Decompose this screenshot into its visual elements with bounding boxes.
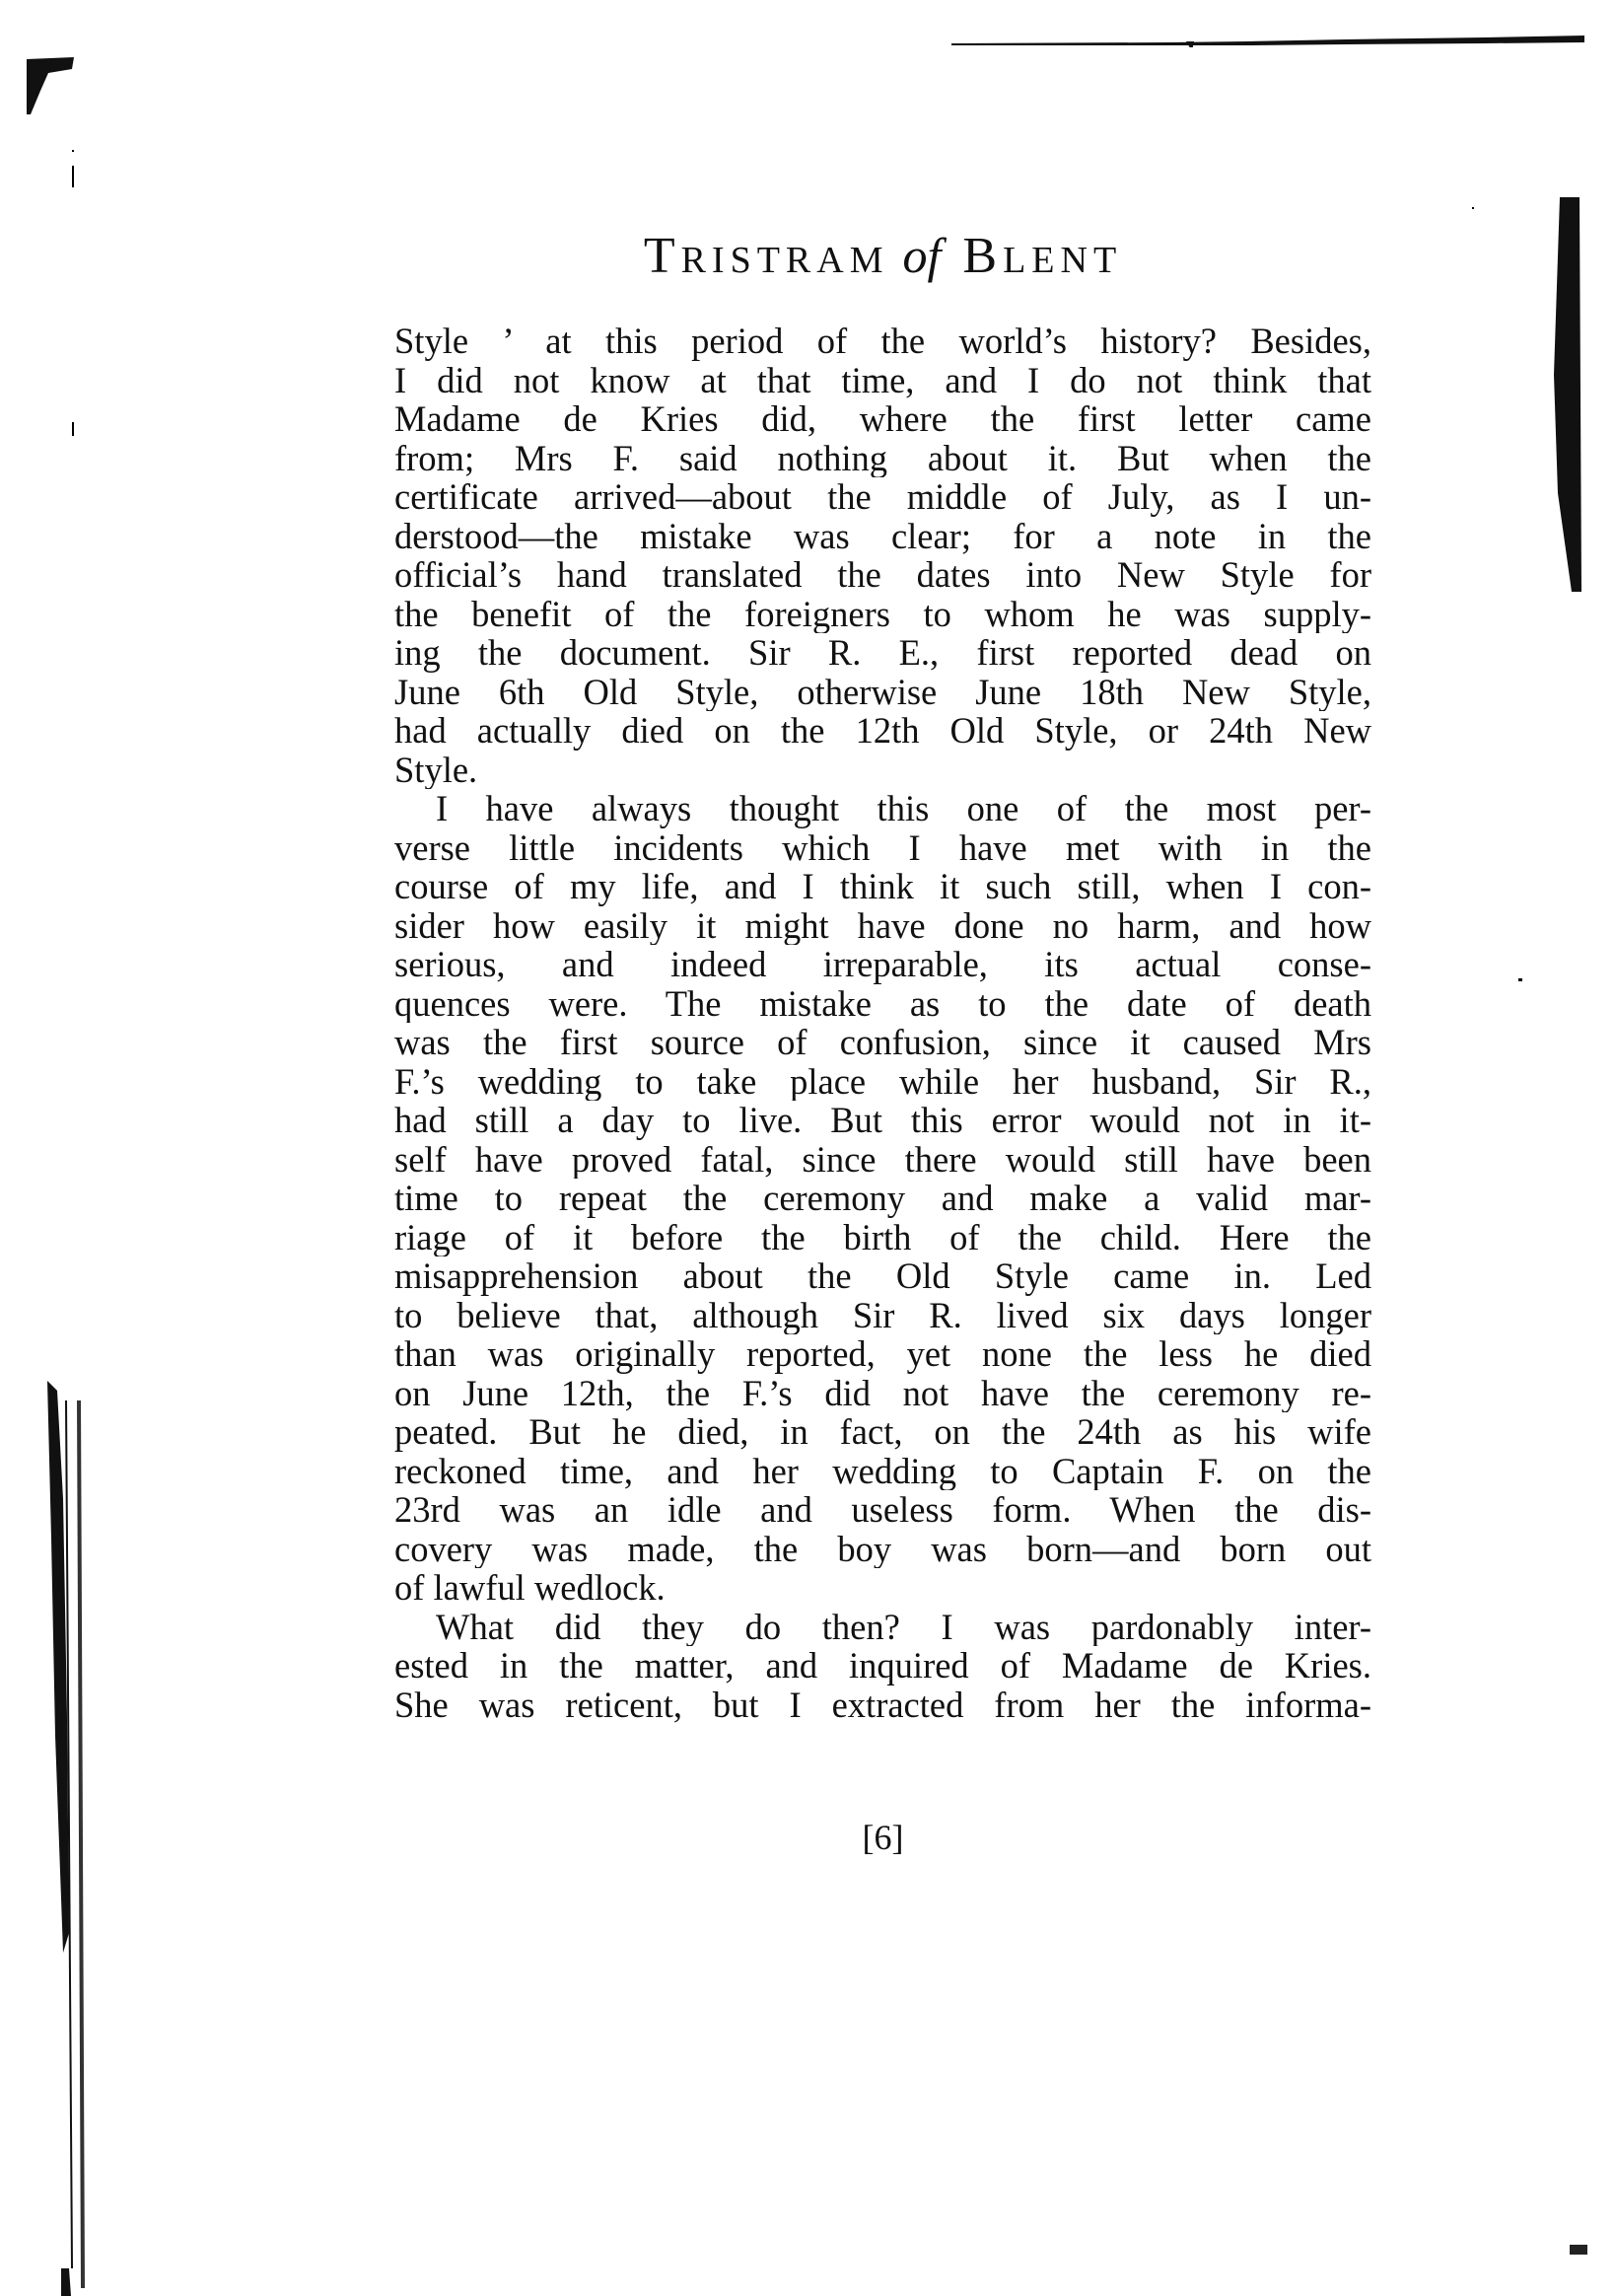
- scan-speck: [1472, 207, 1474, 209]
- title-word-blent: LENT: [1003, 240, 1122, 281]
- text-line: certificate arrived—about the middle of …: [394, 477, 1371, 517]
- body-text: Style ’ at this period of the world’s hi…: [394, 322, 1371, 1724]
- page-corner-mark: [27, 57, 74, 114]
- text-line: She was reticent, but I extracted from h…: [394, 1686, 1371, 1725]
- text-line: F.’s wedding to take place while her hus…: [394, 1062, 1371, 1102]
- text-line: misapprehension about the Old Style came…: [394, 1256, 1371, 1296]
- page-number: [6]: [394, 1817, 1371, 1858]
- text-line: from; Mrs F. said nothing about it. But …: [394, 439, 1371, 478]
- text-line: on June 12th, the F.’s did not have the …: [394, 1374, 1371, 1413]
- text-line: derstood—the mistake was clear; for a no…: [394, 517, 1371, 556]
- text-line: self have proved fatal, since there woul…: [394, 1140, 1371, 1180]
- text-line: What did they do then? I was pardonably …: [394, 1608, 1371, 1647]
- scan-speck: [72, 150, 74, 152]
- text-line: had actually died on the 12th Old Style,…: [394, 711, 1371, 751]
- scan-speck: [72, 166, 74, 187]
- running-head-title: TRISTRAMofBLENT: [394, 227, 1371, 286]
- text-line: peated. But he died, in fact, on the 24t…: [394, 1412, 1371, 1452]
- binding-shadow-left: [43, 1381, 103, 2296]
- title-initial-t: T: [644, 228, 681, 284]
- text-line: the benefit of the foreigners to whom he…: [394, 595, 1371, 634]
- text-line: Style.: [394, 751, 1371, 790]
- scan-speck: [1570, 2241, 1587, 2255]
- text-line: sider how easily it might have done no h…: [394, 906, 1371, 946]
- text-line: 23rd was an idle and useless form. When …: [394, 1490, 1371, 1530]
- text-line: time to repeat the ceremony and make a v…: [394, 1179, 1371, 1218]
- title-connector-of: of: [903, 228, 942, 283]
- scanned-book-page: TRISTRAMofBLENT Style ’ at this period o…: [0, 0, 1615, 2296]
- text-line: quences were. The mistake as to the date…: [394, 984, 1371, 1024]
- text-line: reckoned time, and her wedding to Captai…: [394, 1452, 1371, 1491]
- top-edge-rule: [951, 34, 1584, 47]
- title-word-tristram: RISTRAM: [681, 240, 889, 281]
- text-line: covery was made, the boy was born—and bo…: [394, 1530, 1371, 1569]
- text-line: Madame de Kries did, where the first let…: [394, 399, 1371, 439]
- text-line: June 6th Old Style, otherwise June 18th …: [394, 673, 1371, 712]
- text-line: I did not know at that time, and I do no…: [394, 361, 1371, 400]
- text-line: riage of it before the birth of the chil…: [394, 1218, 1371, 1257]
- text-line: I have always thought this one of the mo…: [394, 789, 1371, 828]
- text-line: Style ’ at this period of the world’s hi…: [394, 322, 1371, 361]
- text-line: than was originally reported, yet none t…: [394, 1334, 1371, 1374]
- text-line: had still a day to live. But this error …: [394, 1101, 1371, 1140]
- scan-speck: [72, 422, 74, 436]
- text-line: official’s hand translated the dates int…: [394, 555, 1371, 595]
- text-line: was the first source of confusion, since…: [394, 1023, 1371, 1062]
- text-line: verse little incidents which I have met …: [394, 828, 1371, 868]
- title-initial-b: B: [962, 228, 1003, 284]
- text-line: course of my life, and I think it such s…: [394, 867, 1371, 906]
- text-line: ing the document. Sir R. E., first repor…: [394, 633, 1371, 673]
- text-line: serious, and indeed irreparable, its act…: [394, 945, 1371, 984]
- text-line: ested in the matter, and inquired of Mad…: [394, 1646, 1371, 1686]
- text-line: of lawful wedlock.: [394, 1568, 1371, 1608]
- text-line: to believe that, although Sir R. lived s…: [394, 1296, 1371, 1335]
- scan-speck: [1518, 978, 1522, 981]
- binding-shadow-right: [1550, 197, 1585, 592]
